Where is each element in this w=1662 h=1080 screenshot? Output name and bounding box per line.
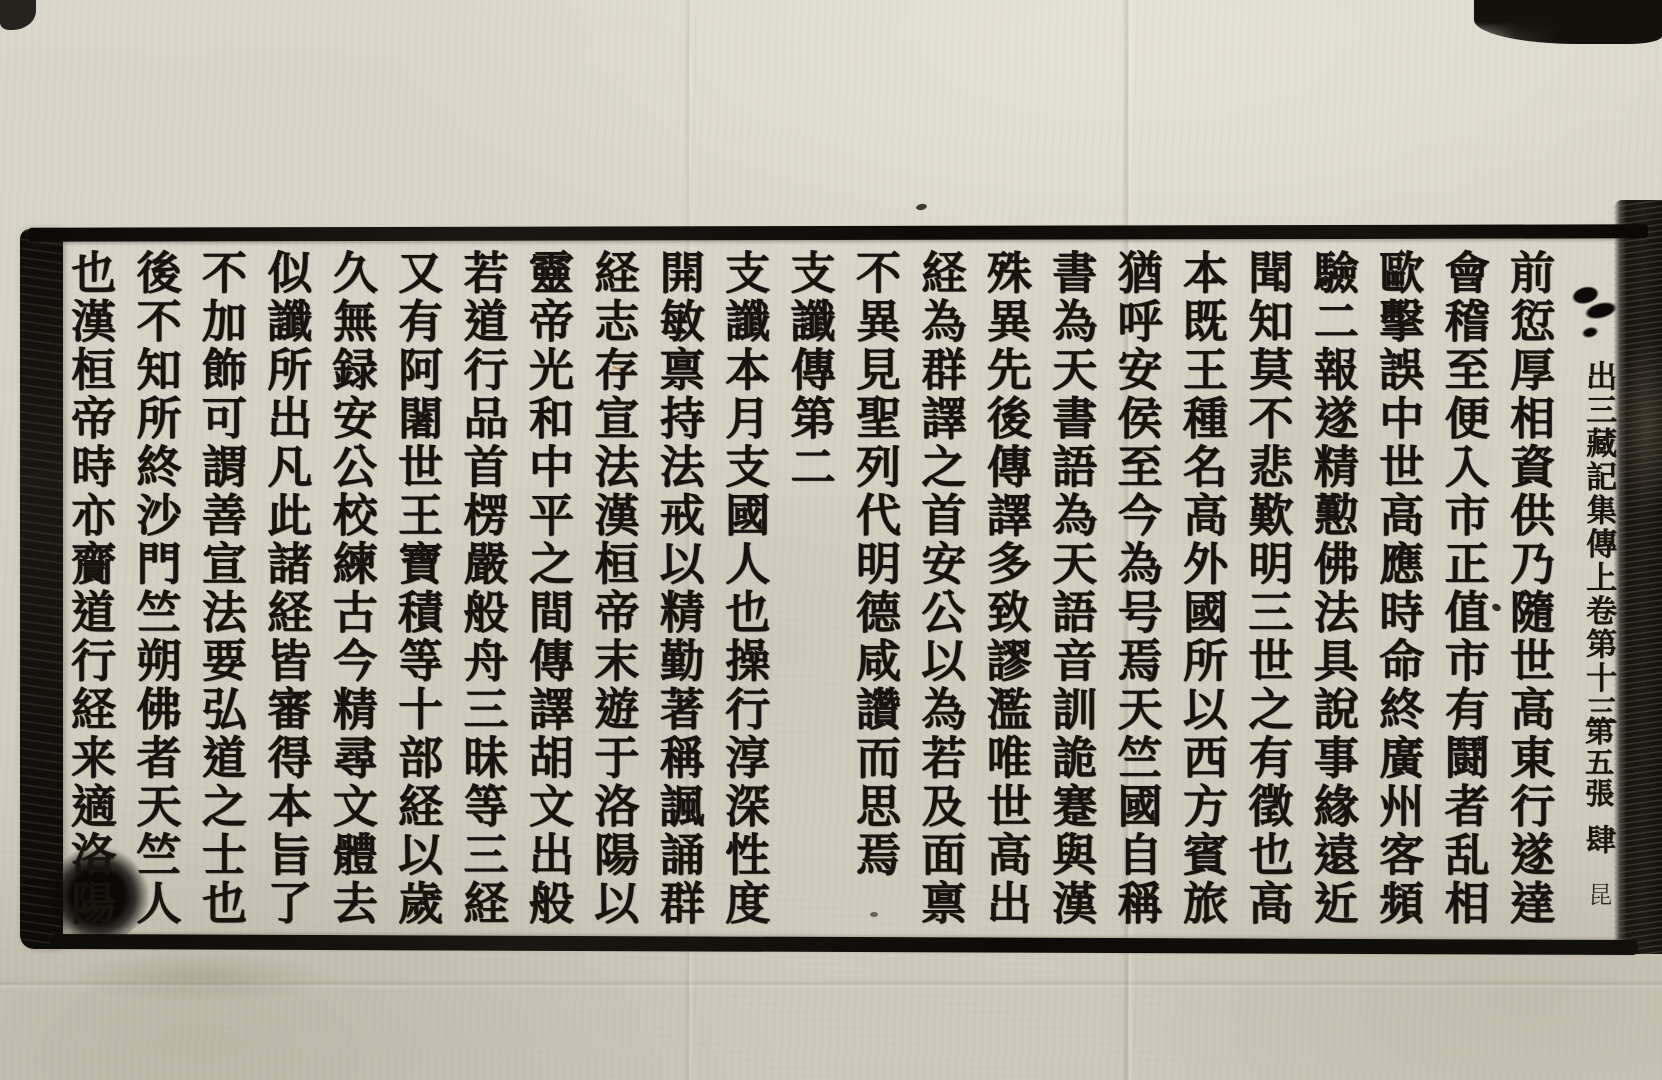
text-column: 前愆厚相資供乃隨世高東行遂達: [1496, 249, 1561, 963]
text-column: 後不知所終沙門竺朔佛者天竺人: [122, 249, 187, 963]
text-column: 本既王種名高外國所以西方賓旅: [1169, 249, 1234, 963]
text-column: 又有阿闍世王寶積等十部経以歲: [384, 249, 449, 963]
text-column: 不加飾可謂善宣法要弘道之士也: [187, 249, 252, 963]
text-column: 久無録安公校練古今精尋文體去: [318, 249, 383, 963]
carver-mark: 昆: [1577, 882, 1618, 922]
text-column: 似讖所出凡此諸経皆審得本旨了: [253, 249, 318, 963]
text-column: 聞知莫不悲歎明三世之有徵也高: [1234, 249, 1299, 963]
text-column: 経志存宣法漢桓帝末遊于洛陽以: [580, 249, 645, 963]
text-column: 靈帝光和中平之間傳譯胡文出般: [515, 249, 580, 963]
text-column: 不異見聖列代明德咸讚而思焉: [842, 249, 907, 963]
text-column: 也漢桓帝時亦齎道行経来適洛陽: [57, 249, 122, 963]
text-column: 開敏禀持法戒以精勤著稱諷誦群: [645, 249, 710, 963]
text-column: 猶呼安侯至今為号焉天竺國自稱: [1103, 249, 1168, 963]
text-block: 前愆厚相資供乃隨世高東行遂達 會稽至便入市正值市有鬪者乱相 歐擊誤中世高應時命終…: [57, 249, 1561, 963]
chapter-heading-column: 支讖傳第二: [776, 249, 841, 963]
volume-title: 出三藏記集傳上卷第十三: [1577, 360, 1618, 760]
sheet-label: 第五張: [1577, 716, 1618, 836]
text-column: 支讖本月支國人也操行淳深性度: [711, 249, 776, 963]
text-column: 殊異先後傳譯多致謬濫唯世高出: [972, 249, 1037, 963]
text-column: 驗二報遂精懃佛法具說事緣遠近: [1299, 249, 1364, 963]
text-column: 若道行品首楞嚴般舟三昧等三経: [449, 249, 514, 963]
text-column: 歐擊誤中世高應時命終廣州客頻: [1365, 249, 1430, 963]
text-column: 経為群譯之首安公以為若及面禀: [907, 249, 972, 963]
text-column: 會稽至便入市正值市有鬪者乱相: [1430, 249, 1495, 963]
text-column: 書為天書語為天語音訓詭蹇與漢: [1038, 249, 1103, 963]
sheet-number: 肆: [1577, 824, 1618, 874]
